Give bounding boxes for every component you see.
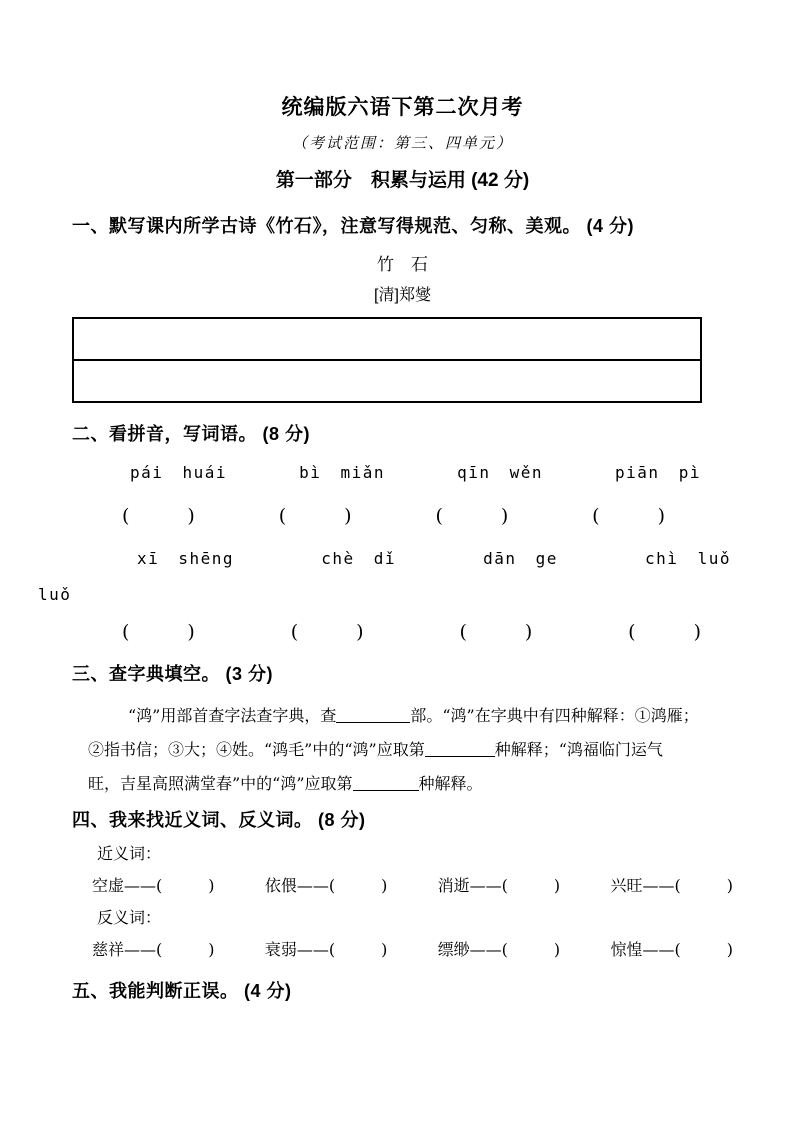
paren-close: ) <box>208 876 214 895</box>
poem-answer-row-1[interactable] <box>74 319 700 361</box>
paren-close: ) <box>694 621 701 643</box>
synonyms-row: 空虚——() 依偎——() 消逝——() 兴旺——() <box>92 874 733 897</box>
poem-author: [清]郑燮 <box>72 284 733 307</box>
paren-open: ( <box>502 940 508 959</box>
paren-close: ) <box>381 876 387 895</box>
dash: —— <box>470 940 502 959</box>
paren-open: ( <box>628 621 635 643</box>
dash: —— <box>124 876 156 895</box>
paragraph-line-3: 旺，吉星高照满堂春”中的“鸿”应取第种解释。 <box>88 767 733 801</box>
fill-blank[interactable] <box>336 708 410 723</box>
paren-close: ) <box>525 621 532 643</box>
answer-parens[interactable]: () <box>329 876 388 895</box>
antonyms-row: 慈祥——() 衰弱——() 缥缈——() 惊惶——() <box>92 938 733 961</box>
pinyin-word: qīn wěn <box>457 463 543 482</box>
answer-parens-row-1: () () () () <box>72 504 733 529</box>
pinyin-word: piān pì <box>615 463 701 482</box>
paren-open: ( <box>675 876 681 895</box>
paragraph-line-2: ②指书信；③大；④姓。“鸿毛”中的“鸿”应取第种解释；“鸿福临门运气 <box>88 733 733 767</box>
dash: —— <box>470 876 502 895</box>
answer-parens[interactable]: () <box>156 940 215 959</box>
dictionary-exercise-paragraph: “鸿”用部首查字法查字典，查部。“鸿”在字典中有四种解释：①鸿雁； ②指书信；③… <box>88 699 733 801</box>
dash: —— <box>297 940 329 959</box>
word: 缥缈 <box>438 940 470 959</box>
poem-answer-row-2[interactable] <box>74 361 700 401</box>
antonym-item: 缥缈——() <box>438 938 561 961</box>
dash: —— <box>297 876 329 895</box>
paren-close: ) <box>554 940 560 959</box>
pinyin-row-1: pái huái bì miǎn qīn wěn piān pì <box>72 463 733 482</box>
answer-parens[interactable]: () <box>502 940 561 959</box>
pinyin-word: chì luǒ <box>645 549 731 568</box>
synonym-item: 依偎——() <box>265 874 388 897</box>
section3-heading: 三、查字典填空。 (3 分) <box>72 661 733 687</box>
dash: —— <box>124 940 156 959</box>
paren-close: ) <box>554 876 560 895</box>
antonym-item: 惊惶——() <box>610 938 733 961</box>
paren-open: ( <box>459 621 466 643</box>
paren-open: ( <box>502 876 508 895</box>
answer-parens[interactable]: () <box>459 620 532 645</box>
section5-heading: 五、我能判断正误。 (4 分) <box>72 978 733 1004</box>
poem-title: 竹 石 <box>72 253 733 276</box>
word: 惊惶 <box>610 940 642 959</box>
paren-open: ( <box>592 505 599 527</box>
paren-open: ( <box>329 940 335 959</box>
text-run: 种解释。 <box>419 774 483 793</box>
word: 衰弱 <box>265 940 297 959</box>
paren-open: ( <box>435 505 442 527</box>
paren-close: ) <box>727 940 733 959</box>
pinyin-word: chè dǐ <box>321 549 396 568</box>
word: 消逝 <box>438 876 470 895</box>
synonym-item: 消逝——() <box>438 874 561 897</box>
text-run: “鸿”用部首查字法查字典，查 <box>128 706 336 725</box>
synonym-item: 空虚——() <box>92 874 215 897</box>
paren-close: ) <box>356 621 363 643</box>
answer-parens[interactable]: () <box>592 504 665 529</box>
paren-close: ) <box>208 940 214 959</box>
paren-close: ) <box>187 505 194 527</box>
word: 依偎 <box>265 876 297 895</box>
answer-parens[interactable]: () <box>435 504 508 529</box>
word: 慈祥 <box>92 940 124 959</box>
answer-parens[interactable]: () <box>122 620 195 645</box>
exam-scope-subtitle: （考试范围：第三、四单元） <box>72 132 733 155</box>
answer-parens[interactable]: () <box>329 940 388 959</box>
text-run: 部。“鸿”在字典中有四种解释：①鸿雁； <box>410 706 698 725</box>
paren-close: ) <box>187 621 194 643</box>
dash: —— <box>643 940 675 959</box>
answer-parens[interactable]: () <box>675 876 734 895</box>
paren-open: ( <box>156 876 162 895</box>
paren-open: ( <box>279 505 286 527</box>
exam-paper-page: 统编版六语下第二次月考 （考试范围：第三、四单元） 第一部分 积累与运用 (42… <box>0 0 793 1122</box>
paren-open: ( <box>675 940 681 959</box>
pinyin-wrapped-syllable: luǒ <box>38 584 733 606</box>
synonym-item: 兴旺——() <box>610 874 733 897</box>
paren-close: ) <box>344 505 351 527</box>
fill-blank[interactable] <box>425 742 495 757</box>
paren-open: ( <box>122 505 129 527</box>
paren-close: ) <box>381 940 387 959</box>
paren-close: ) <box>658 505 665 527</box>
word: 空虚 <box>92 876 124 895</box>
answer-parens-row-2: () () () () <box>72 620 733 645</box>
poem-answer-table <box>72 317 702 403</box>
answer-parens[interactable]: () <box>122 504 195 529</box>
antonym-item: 衰弱——() <box>265 938 388 961</box>
pinyin-word: xī shēng <box>137 549 234 568</box>
paren-open: ( <box>122 621 129 643</box>
paren-open: ( <box>291 621 298 643</box>
paren-open: ( <box>156 940 162 959</box>
synonyms-label: 近义词： <box>97 842 733 865</box>
antonym-item: 慈祥——() <box>92 938 215 961</box>
section2-heading: 二、看拼音，写词语。 (8 分) <box>72 421 733 447</box>
text-run: 种解释；“鸿福临门运气 <box>495 740 663 759</box>
pinyin-word: dān ge <box>483 549 558 568</box>
pinyin-word: pái huái <box>130 463 227 482</box>
section1-heading: 一、默写课内所学古诗《竹石》，注意写得规范、匀称、美观。 (4 分) <box>72 213 733 239</box>
word: 兴旺 <box>610 876 642 895</box>
text-run: ②指书信；③大；④姓。“鸿毛”中的“鸿”应取第 <box>88 740 425 759</box>
pinyin-word: bì miǎn <box>299 463 385 482</box>
part1-heading: 第一部分 积累与运用 (42 分) <box>72 167 733 195</box>
answer-parens[interactable]: () <box>279 504 352 529</box>
dash: —— <box>643 876 675 895</box>
fill-blank[interactable] <box>353 776 419 791</box>
pinyin-row-2: xī shēng chè dǐ dān ge chì luǒ <box>72 549 733 568</box>
answer-parens[interactable]: () <box>675 940 734 959</box>
answer-parens[interactable]: () <box>156 876 215 895</box>
paren-open: ( <box>329 876 335 895</box>
section4-heading: 四、我来找近义词、反义词。 (8 分) <box>72 807 733 833</box>
antonyms-label: 反义词： <box>97 906 733 929</box>
answer-parens[interactable]: () <box>502 876 561 895</box>
paren-close: ) <box>727 876 733 895</box>
answer-parens[interactable]: () <box>628 620 701 645</box>
answer-parens[interactable]: () <box>291 620 364 645</box>
paren-close: ) <box>501 505 508 527</box>
text-run: 旺，吉星高照满堂春”中的“鸿”应取第 <box>88 774 353 793</box>
page-title: 统编版六语下第二次月考 <box>72 92 733 124</box>
paragraph-line-1: “鸿”用部首查字法查字典，查部。“鸿”在字典中有四种解释：①鸿雁； <box>88 699 733 733</box>
